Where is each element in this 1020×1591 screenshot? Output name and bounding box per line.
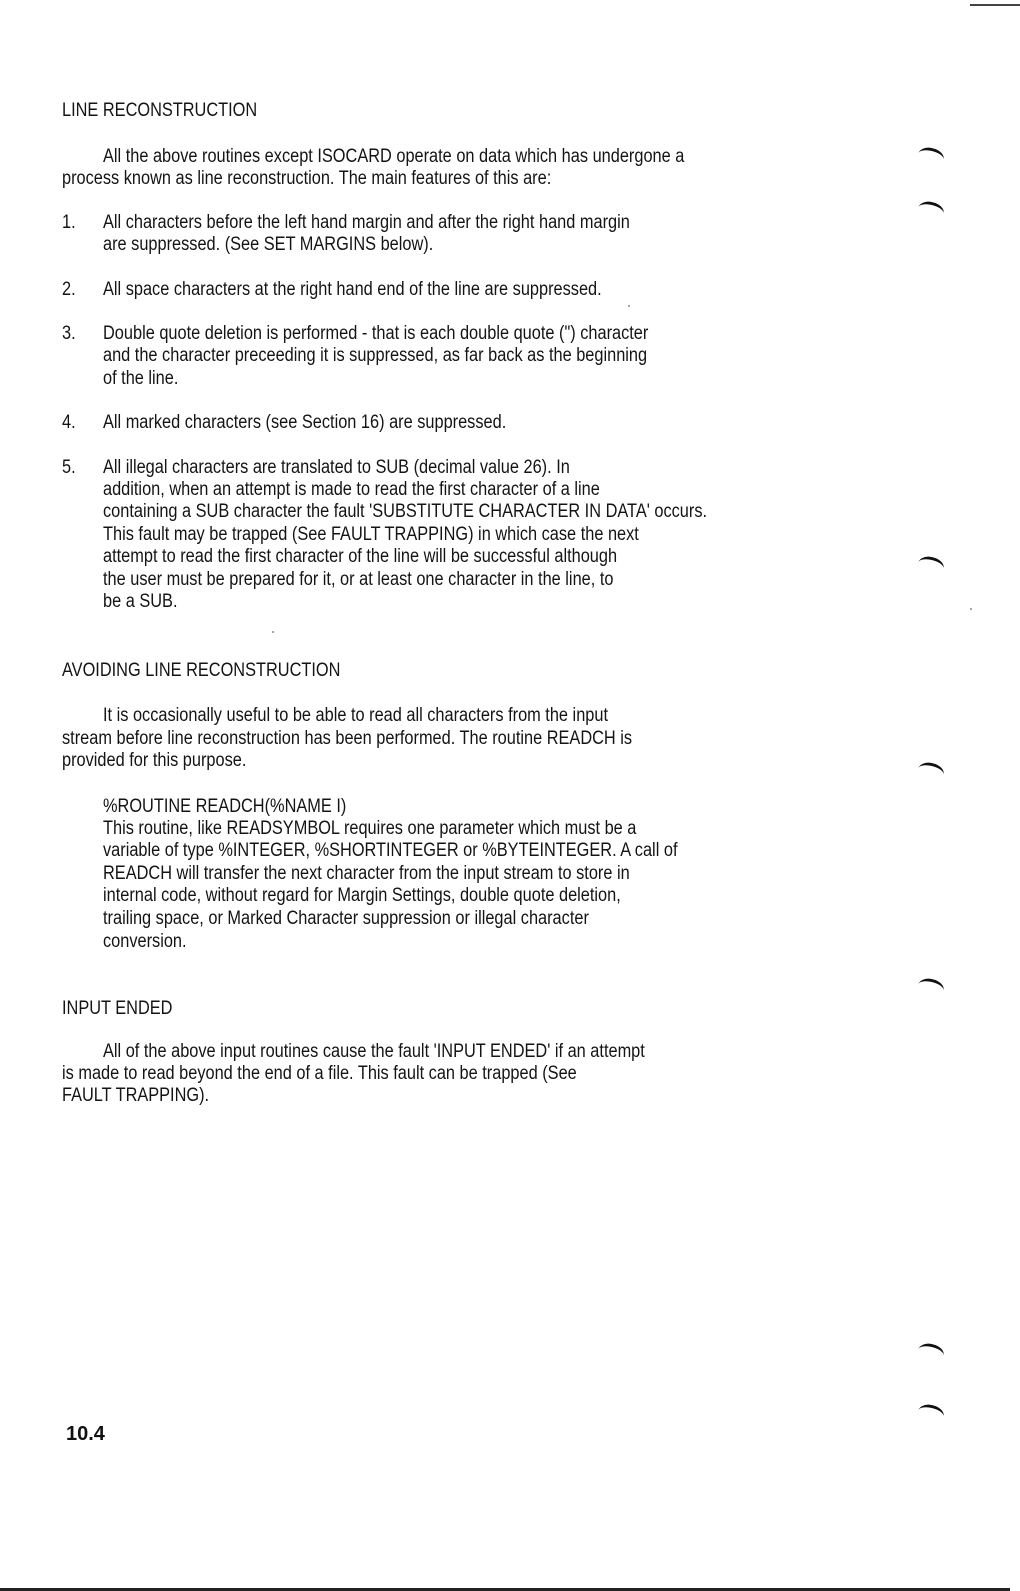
document-page: LINE RECONSTRUCTION All the above routin… — [0, 0, 1020, 1591]
paragraph-line: provided for this purpose. — [62, 750, 246, 772]
paragraph-line: FAULT TRAPPING). — [62, 1085, 209, 1107]
list-item-number: 3. — [62, 323, 76, 345]
section-heading-line-reconstruction: LINE RECONSTRUCTION — [62, 100, 257, 122]
routine-description-line: internal code, without regard for Margin… — [103, 885, 621, 907]
list-item-line: All marked characters (see Section 16) a… — [103, 412, 506, 434]
scan-speck — [272, 631, 274, 633]
paragraph-line: It is occasionally useful to be able to … — [103, 705, 608, 727]
list-item-line: attempt to read the first character of t… — [103, 546, 617, 568]
page-edge-mark — [970, 4, 1020, 6]
binder-hole-mark-icon — [916, 1341, 945, 1364]
paragraph-line: stream before line reconstruction has be… — [62, 728, 632, 750]
list-item-line: All illegal characters are translated to… — [103, 457, 570, 479]
binder-hole-mark-icon — [916, 145, 945, 168]
list-item-line: the user must be prepared for it, or at … — [103, 569, 613, 591]
binder-hole-mark-icon — [916, 199, 945, 222]
binder-hole-mark-icon — [916, 1402, 945, 1425]
paragraph-line: is made to read beyond the end of a file… — [62, 1063, 577, 1085]
list-item-line: This fault may be trapped (See FAULT TRA… — [103, 524, 639, 546]
page-number: 10.4 — [66, 1423, 105, 1446]
list-item-number: 2. — [62, 279, 76, 301]
list-item-line: containing a SUB character the fault 'SU… — [103, 501, 707, 523]
list-item-line: Double quote deletion is performed - tha… — [103, 323, 648, 345]
paragraph-line: All of the above input routines cause th… — [103, 1041, 645, 1063]
binder-hole-mark-icon — [916, 976, 945, 999]
section-heading-avoiding-line-reconstruction: AVOIDING LINE RECONSTRUCTION — [62, 660, 340, 682]
list-item-line: addition, when an attempt is made to rea… — [103, 479, 600, 501]
routine-description-line: trailing space, or Marked Character supp… — [103, 908, 589, 930]
binder-hole-mark-icon — [916, 554, 945, 577]
list-item-line: All space characters at the right hand e… — [103, 279, 602, 301]
routine-description-line: conversion. — [103, 931, 187, 953]
routine-description-line: This routine, like READSYMBOL requires o… — [103, 818, 636, 840]
list-item-line: All characters before the left hand marg… — [103, 212, 630, 234]
list-item-line: are suppressed. (See SET MARGINS below). — [103, 234, 433, 256]
scan-speck — [628, 305, 630, 307]
routine-signature: %ROUTINE READCH(%NAME I) — [103, 796, 346, 818]
scan-speck — [970, 608, 972, 610]
list-item-number: 4. — [62, 412, 76, 434]
list-item-line: and the character preceeding it is suppr… — [103, 345, 647, 367]
paragraph-line: All the above routines except ISOCARD op… — [103, 146, 684, 168]
list-item-number: 1. — [62, 212, 76, 234]
list-item-number: 5. — [62, 457, 76, 479]
section-heading-input-ended: INPUT ENDED — [62, 998, 172, 1020]
paragraph-line: process known as line reconstruction. Th… — [62, 168, 551, 190]
binder-hole-mark-icon — [916, 760, 945, 783]
routine-description-line: variable of type %INTEGER, %SHORTINTEGER… — [103, 840, 677, 862]
routine-description-line: READCH will transfer the next character … — [103, 863, 630, 885]
list-item-line: be a SUB. — [103, 591, 177, 613]
list-item-line: of the line. — [103, 368, 178, 390]
